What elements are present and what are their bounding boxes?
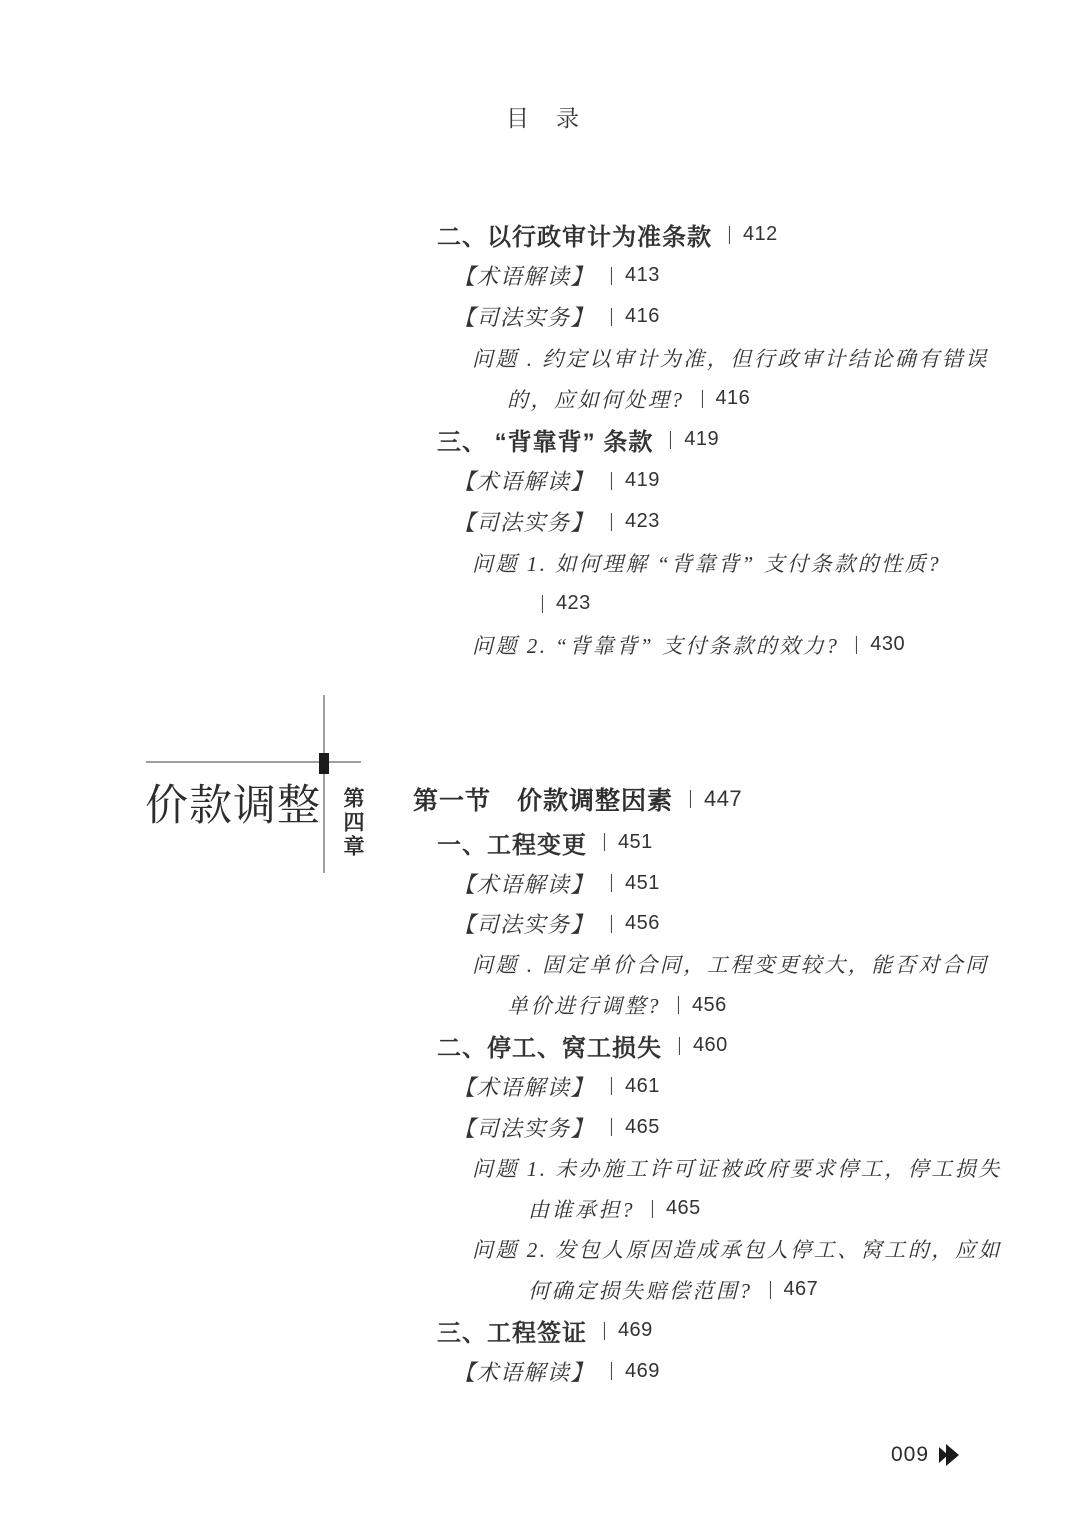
toc-entry: 问题 2. “背靠背” 支付条款的效力? | 430 xyxy=(437,624,997,665)
toc-entry-label: 【司法实务】 xyxy=(453,301,594,332)
page-separator: | xyxy=(603,831,606,853)
toc-entry: 问题 2. 发包人原因造成承包人停工、窝工的，应如 xyxy=(413,1229,973,1270)
page-separator: | xyxy=(610,511,613,533)
toc-entry-label: 【司法实务】 xyxy=(453,908,594,939)
toc-entry-page: 465 xyxy=(625,1116,660,1139)
toc-entry-page: 469 xyxy=(625,1360,660,1383)
toc-entry: 二、以行政审计为准条款 | 412 xyxy=(437,214,997,255)
toc-entry-page: 423 xyxy=(556,592,591,615)
toc-entry-page: 419 xyxy=(625,469,660,492)
toc-entry-label: 三、 “背靠背” 条款 xyxy=(437,422,653,457)
fast-forward-icon xyxy=(938,1443,960,1467)
page-separator: | xyxy=(610,1116,613,1138)
section-heading-label: 第一节 价款调整因素 xyxy=(413,781,673,817)
page-separator: | xyxy=(855,634,858,656)
page-separator: | xyxy=(669,429,672,451)
toc-entry-label: 【术语解读】 xyxy=(453,260,594,291)
toc-entry: 问题 1. 未办施工许可证被政府要求停工，停工损失 xyxy=(413,1148,973,1189)
toc-entry: 【司法实务】 | 423 xyxy=(437,501,997,542)
toc-entry: 三、工程签证 | 469 xyxy=(413,1310,973,1351)
toc-entry-page: 460 xyxy=(693,1034,728,1057)
chapter-title: 价款调整 xyxy=(145,772,321,833)
toc-entry-label: 问题 2. “背靠背” 支付条款的效力? xyxy=(472,630,839,660)
toc-entry: 二、停工、窝工损失 | 460 xyxy=(413,1025,973,1066)
toc-entry-page: 419 xyxy=(684,428,719,451)
page-title: 目 录 xyxy=(506,100,581,133)
toc-entry-label: 二、以行政审计为准条款 xyxy=(437,217,712,252)
toc-entry-page: 416 xyxy=(625,305,660,328)
toc-entry: 【术语解读】 | 419 xyxy=(437,460,997,501)
page-separator: | xyxy=(541,593,544,615)
section-heading-page: 447 xyxy=(704,786,742,812)
toc-entry: 问题 1. 如何理解 “背靠背” 支付条款的性质? xyxy=(437,542,997,583)
toc-entry-page: 451 xyxy=(618,831,653,854)
toc-section-chapter4: 第一节 价款调整因素 | 447 一、工程变更 | 451 【术语解读】 | 4… xyxy=(413,776,973,1392)
toc-entry-label: 何确定损失赔偿范围? xyxy=(528,1275,753,1305)
toc-entry-label: 【术语解读】 xyxy=(453,465,594,496)
toc-entry-page: 465 xyxy=(666,1197,701,1220)
toc-entry-label: 问题 1. 如何理解 “背靠背” 支付条款的性质? xyxy=(472,548,941,578)
page-separator: | xyxy=(700,388,703,410)
toc-entry-label: 【术语解读】 xyxy=(453,1356,594,1387)
toc-entry-label: 问题 2. 发包人原因造成承包人停工、窝工的，应如 xyxy=(472,1234,1002,1264)
toc-entry-label: 一、工程变更 xyxy=(437,825,587,860)
chapter-number-label: 第四章 xyxy=(337,787,367,859)
toc-entry: 问题 . 固定单价合同，工程变更较大，能否对合同 xyxy=(413,944,973,985)
toc-entry: 【术语解读】 | 413 xyxy=(437,255,997,296)
toc-entry-continuation: 由谁承担? | 465 xyxy=(413,1188,973,1229)
toc-entry: 三、 “背靠背” 条款 | 419 xyxy=(437,419,997,460)
page-separator: | xyxy=(728,224,731,246)
toc-entry: 【司法实务】 | 465 xyxy=(413,1107,973,1148)
page-separator: | xyxy=(651,1198,654,1220)
toc-entry-label: 由谁承担? xyxy=(528,1194,635,1224)
page-separator: | xyxy=(689,788,692,810)
toc-entry-page: 430 xyxy=(870,633,905,656)
toc-entry-page: 423 xyxy=(625,510,660,533)
toc-entry-page: 467 xyxy=(783,1278,818,1301)
page-separator: | xyxy=(610,913,613,935)
page-separator: | xyxy=(610,470,613,492)
toc-entry-continuation: 何确定损失赔偿范围? | 467 xyxy=(413,1270,973,1311)
toc-entry-page: 456 xyxy=(625,912,660,935)
toc-entry-page: 416 xyxy=(715,387,750,410)
page-separator: | xyxy=(610,1360,613,1382)
toc-entry-label: 二、停工、窝工损失 xyxy=(437,1028,662,1063)
toc-entry-page: 412 xyxy=(743,223,778,246)
page-separator: | xyxy=(603,1320,606,1342)
page-separator: | xyxy=(610,265,613,287)
page-number: 009 xyxy=(891,1443,929,1467)
toc-entry: 【司法实务】 | 456 xyxy=(413,903,973,944)
toc-entry: 【司法实务】 | 416 xyxy=(437,296,997,337)
section-heading: 第一节 价款调整因素 | 447 xyxy=(413,776,973,822)
toc-entry-label: 问题 . 固定单价合同，工程变更较大，能否对合同 xyxy=(472,949,989,979)
divider-vertical-rule xyxy=(323,695,325,873)
toc-entry-page: 456 xyxy=(692,994,727,1017)
divider-marker-block xyxy=(319,753,329,774)
page-separator: | xyxy=(610,306,613,328)
toc-entry-page: 469 xyxy=(618,1319,653,1342)
toc-entry-continuation: 单价进行调整? | 456 xyxy=(413,985,973,1026)
toc-entry-label: 【司法实务】 xyxy=(453,506,594,537)
toc-entry-label: 【司法实务】 xyxy=(453,1112,594,1143)
book-toc-page: 目 录 二、以行政审计为准条款 | 412 【术语解读】 | 413 【司法实务… xyxy=(0,0,1080,1525)
toc-entry-page: 451 xyxy=(625,872,660,895)
toc-entry-page: 413 xyxy=(625,264,660,287)
toc-entry: 【术语解读】 | 461 xyxy=(413,1066,973,1107)
page-separator: | xyxy=(677,994,680,1016)
toc-entry-continuation: | 423 xyxy=(437,583,997,624)
page-separator: | xyxy=(610,872,613,894)
toc-entry: 问题 . 约定以审计为准，但行政审计结论确有错误 xyxy=(437,337,997,378)
toc-entry-continuation: 的，应如何处理? | 416 xyxy=(437,378,997,419)
toc-entry: 【术语解读】 | 451 xyxy=(413,863,973,904)
toc-entry: 一、工程变更 | 451 xyxy=(413,822,973,863)
page-separator: | xyxy=(610,1075,613,1097)
toc-entry-label: 的，应如何处理? xyxy=(507,384,685,414)
toc-entry-label: 【术语解读】 xyxy=(453,1071,594,1102)
toc-entry: 【术语解读】 | 469 xyxy=(413,1351,973,1392)
toc-section-upper: 二、以行政审计为准条款 | 412 【术语解读】 | 413 【司法实务】 | … xyxy=(437,214,997,665)
page-separator: | xyxy=(768,1279,771,1301)
toc-entry-label: 问题 1. 未办施工许可证被政府要求停工，停工损失 xyxy=(472,1153,1002,1183)
toc-entry-label: 问题 . 约定以审计为准，但行政审计结论确有错误 xyxy=(472,343,989,373)
toc-entry-page: 461 xyxy=(625,1075,660,1098)
toc-entry-label: 【术语解读】 xyxy=(453,868,594,899)
page-footer: 009 xyxy=(891,1443,960,1467)
toc-entry-label: 单价进行调整? xyxy=(507,990,661,1020)
toc-entry-label: 三、工程签证 xyxy=(437,1313,587,1348)
page-separator: | xyxy=(678,1035,681,1057)
